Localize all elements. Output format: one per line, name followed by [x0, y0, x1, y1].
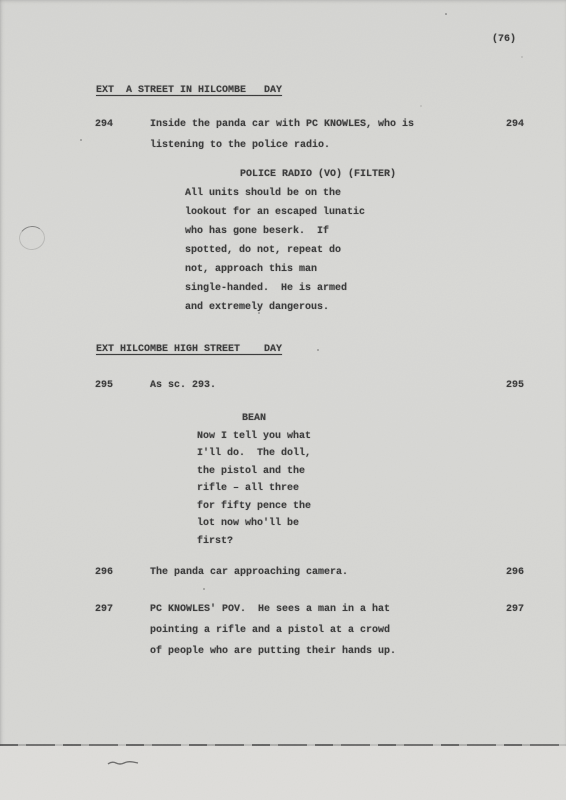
- dialogue-block-police-radio: POLICE RADIO (VO) (FILTER) All units sho…: [185, 165, 396, 317]
- scene-295-action: As sc. 293.: [150, 375, 216, 396]
- scene-heading-street-text: EXT A STREET IN HILCOMBE DAY: [96, 85, 282, 96]
- scene-296-action: The panda car approaching camera.: [150, 562, 348, 583]
- page-fold-line: [0, 744, 566, 746]
- character-cue-police-radio: POLICE RADIO (VO) (FILTER): [240, 165, 396, 184]
- scene-heading-high-street-text: EXT HILCOMBE HIGH STREET DAY: [96, 344, 282, 355]
- dust-speck: [317, 349, 319, 351]
- dialogue-line: lookout for an escaped lunatic: [185, 203, 396, 222]
- dialogue-line: for fifty pence the: [197, 498, 311, 516]
- action-line: listening to the police radio.: [150, 135, 414, 156]
- dialogue-line: rifle – all three: [197, 480, 311, 498]
- dialogue-line: who has gone beserk. If: [185, 222, 396, 241]
- scene-295-number-left: 295: [95, 375, 113, 396]
- dialogue-line: I'll do. The doll,: [197, 445, 311, 463]
- dialogue-line: first?: [197, 533, 311, 551]
- page-fold-area: [0, 746, 566, 800]
- scene-297-number-right: 297: [506, 599, 524, 620]
- dialogue-line: and extremely dangerous.: [185, 298, 396, 317]
- scene-heading-high-street: EXT HILCOMBE HIGH STREET DAY: [96, 340, 282, 360]
- action-line: pointing a rifle and a pistol at a crowd: [150, 620, 396, 641]
- scene-297-number-left: 297: [95, 599, 113, 620]
- dust-speck: [521, 56, 523, 58]
- dialogue-line: Now I tell you what: [197, 428, 311, 446]
- scene-294-action: Inside the panda car with PC KNOWLES, wh…: [150, 114, 414, 156]
- dialogue-line: All units should be on the: [185, 184, 396, 203]
- dialogue-line: lot now who'll be: [197, 515, 311, 533]
- dialogue-line: not, approach this man: [185, 260, 396, 279]
- dialogue-line: spotted, do not, repeat do: [185, 241, 396, 260]
- script-page-scan: (76) EXT A STREET IN HILCOMBE DAY 294 29…: [0, 0, 566, 800]
- action-line: Inside the panda car with PC KNOWLES, wh…: [150, 114, 414, 135]
- action-line: The panda car approaching camera.: [150, 562, 348, 583]
- action-line: of people who are putting their hands up…: [150, 641, 396, 662]
- page-number: (76): [492, 30, 516, 50]
- character-cue-bean: BEAN: [242, 410, 311, 428]
- scene-296-number-left: 296: [95, 562, 113, 583]
- dust-speck: [203, 588, 205, 590]
- dust-speck: [420, 105, 422, 107]
- dialogue-block-bean: BEAN Now I tell you what I'll do. The do…: [197, 410, 311, 550]
- ink-smudge: [107, 760, 139, 766]
- action-line: As sc. 293.: [150, 375, 216, 396]
- scene-296-number-right: 296: [506, 562, 524, 583]
- scene-295-number-right: 295: [506, 375, 524, 396]
- scene-heading-street: EXT A STREET IN HILCOMBE DAY: [96, 81, 282, 101]
- dialogue-line: single-handed. He is armed: [185, 279, 396, 298]
- action-line: PC KNOWLES' POV. He sees a man in a hat: [150, 599, 396, 620]
- dust-speck: [80, 139, 82, 141]
- pencil-ring-mark: [17, 224, 46, 251]
- scene-294-number-left: 294: [95, 114, 113, 135]
- scene-294-number-right: 294: [506, 114, 524, 135]
- dust-speck: [445, 13, 447, 15]
- dust-speck: [258, 312, 260, 314]
- scene-297-action: PC KNOWLES' POV. He sees a man in a hat …: [150, 599, 396, 662]
- dialogue-line: the pistol and the: [197, 463, 311, 481]
